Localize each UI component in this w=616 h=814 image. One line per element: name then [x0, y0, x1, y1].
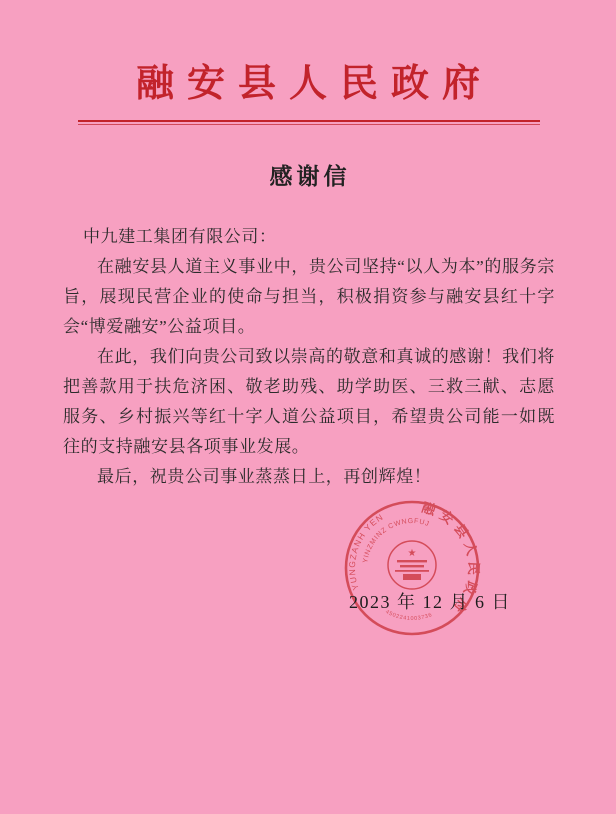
emblem-star-icon: ★ [408, 548, 417, 559]
letterhead-rule [78, 120, 540, 125]
letter-page: 融安县人民政府 感谢信 中九建工集团有限公司： 在融安县人道主义事业中，贵公司坚… [0, 0, 616, 814]
letter-paragraph-1: 在融安县人道主义事业中，贵公司坚持“以人为本”的服务宗旨，展现民营企业的使命与担… [63, 252, 555, 342]
letter-date: 2023 年 12 月 6 日 [349, 588, 511, 614]
salutation: 中九建工集团有限公司： [83, 222, 555, 252]
national-emblem-icon: ★ [388, 541, 436, 589]
letter-title: 感谢信 [0, 158, 616, 191]
letter-paragraph-3: 最后，祝贵公司事业蒸蒸日上，再创辉煌！ [63, 462, 555, 492]
official-seal: YUNGZANH YEN 融安县人民政府 YINZMINZ CWNGFUJ 45… [337, 493, 487, 643]
seal-graphic: YUNGZANH YEN 融安县人民政府 YINZMINZ CWNGFUJ 45… [337, 493, 487, 643]
letter-paragraph-2: 在此，我们向贵公司致以崇高的敬意和真诚的感谢！我们将把善款用于扶危济困、敬老助残… [63, 342, 555, 462]
letter-body: 中九建工集团有限公司： 在融安县人道主义事业中，贵公司坚持“以人为本”的服务宗旨… [63, 222, 555, 492]
letterhead-org-name: 融安县人民政府 [0, 52, 616, 107]
